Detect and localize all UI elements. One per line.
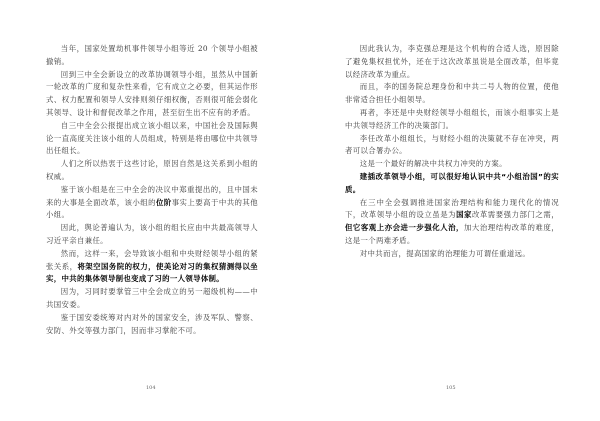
text-segment: 改革需要强力部门之需， [472, 210, 559, 219]
text-segment: 对中共而言，提高国家的治理能力可谓任重道远。 [360, 249, 530, 258]
text-segment: 因此我认为，李克强总理是这个机构的合适人选，原因除了避免集权担忧外，还在于这次改… [345, 44, 559, 79]
text-segment: 自三中全会公报提出成立该小组以来，中国社会及国际舆论一直高度关注该小组的人员组成… [46, 121, 258, 156]
text-segment: 这是一个最好的解决中共权力冲突的方案。 [360, 159, 507, 168]
text-segment: 再者，李还是中央财经领导小组组长，而该小组事实上是中共领导经济工作的决策部门。 [345, 108, 559, 130]
paragraph: 因此我认为，李克强总理是这个机构的合适人选，原因除了避免集权担忧外，还在于这次改… [345, 43, 559, 81]
text-segment: 鉴于国安委统筹对内对外的国家安全，涉及军队、警察、安防、外交等强力部门，因而非习… [46, 313, 258, 335]
text-segment: 当年，国家处置劫机事件领导小组等近 20 个领导小组被撤销。 [46, 44, 258, 66]
text-segment: 而且，李的国务院总理身份和中共二号人物的位置，使他非常适合担任小组领导。 [345, 82, 559, 104]
paragraph: 因为，习同时要掌管三中全会成立的另一超级机构——中共国安委。 [46, 286, 258, 312]
right-page-body: 因此我认为，李克强总理是这个机构的合适人选，原因除了避免集权担忧外，还在于这次改… [345, 43, 559, 261]
page-number: 105 [446, 385, 456, 391]
left-page-body: 当年，国家处置劫机事件领导小组等近 20 个领导小组被撤销。回到三中全会新设立的… [46, 43, 258, 337]
paragraph: 再者，李还是中央财经领导小组组长，而该小组事实上是中共领导经济工作的决策部门。 [345, 107, 559, 133]
paragraph: 自三中全会公报提出成立该小组以来，中国社会及国际舆论一直高度关注该小组的人员组成… [46, 120, 258, 158]
text-segment: 因为，习同时要掌管三中全会成立的另一超级机构——中共国安委。 [46, 287, 258, 309]
text-segment: 人们之所以热衷于这些讨论，原因自然是这关系到小组的权威。 [46, 159, 258, 181]
paragraph: 而且，李的国务院总理身份和中共二号人物的位置，使他非常适合担任小组领导。 [345, 81, 559, 107]
paragraph: 当年，国家处置劫机事件领导小组等近 20 个领导小组被撤销。 [46, 43, 258, 69]
paragraph: 建插改革领导小组，可以很好地认识中共“小组治国”的实质。 [345, 171, 559, 197]
paragraph: 因此，舆论普遍认为，该小组的组长应由中共最高领导人习近平亲自兼任。 [46, 222, 258, 248]
text-segment: 李任改革小组组长，与财经小组的决策就不存在冲突，两者可以合署办公。 [345, 134, 559, 156]
text-segment: 回到三中全会新设立的改革协调领导小组，虽然从中国新一轮改革的广度和复杂性来看，它… [46, 70, 258, 117]
bold-text-segment: 将架空国务院的权力，使美论对习的集权猜测得以坐实，中共的集体领导制也变成了习的一… [46, 262, 258, 284]
paragraph: 在三中全会强调推进国家治理结构和能力现代化的情况下，改革领导小组的设立虽是为国家… [345, 197, 559, 248]
bold-text-segment: 但它客观上亦会进一步强化人治， [345, 223, 464, 232]
right-page: 因此我认为，李克强总理是这个机构的合适人选，原因除了避免集权担忧外，还在于这次改… [300, 0, 600, 421]
paragraph: 鉴于国安委统筹对内对外的国家安全，涉及军队、警察、安防、外交等强力部门，因而非习… [46, 312, 258, 338]
paragraph: 然而，这样一来，会导致该小组和中央财经领导小组的紧张关系，将架空国务院的权力，使… [46, 248, 258, 286]
paragraph: 回到三中全会新设立的改革协调领导小组，虽然从中国新一轮改革的广度和复杂性来看，它… [46, 69, 258, 120]
paragraph: 人们之所以热衷于这些讨论，原因自然是这关系到小组的权威。 [46, 158, 258, 184]
page-number: 104 [146, 385, 156, 391]
paragraph: 鉴于该小组是在三中全会的决议中郑重提出的，且中国未来的大事是全面改革，该小组的位… [46, 184, 258, 222]
paragraph: 对中共而言，提高国家的治理能力可谓任重道远。 [345, 248, 559, 261]
bold-text-segment: 建插改革领导小组，可以很好地认识中共“小组治国”的实质。 [345, 172, 559, 194]
paragraph: 这是一个最好的解决中共权力冲突的方案。 [345, 158, 559, 171]
left-page: 当年，国家处置劫机事件领导小组等近 20 个领导小组被撤销。回到三中全会新设立的… [0, 0, 300, 421]
bold-text-segment: 国家 [456, 210, 472, 219]
text-segment: 因此，舆论普遍认为，该小组的组长应由中共最高领导人习近平亲自兼任。 [46, 223, 258, 245]
paragraph: 李任改革小组组长，与财经小组的决策就不存在冲突，两者可以合署办公。 [345, 133, 559, 159]
bold-text-segment: 位阶 [156, 198, 172, 207]
